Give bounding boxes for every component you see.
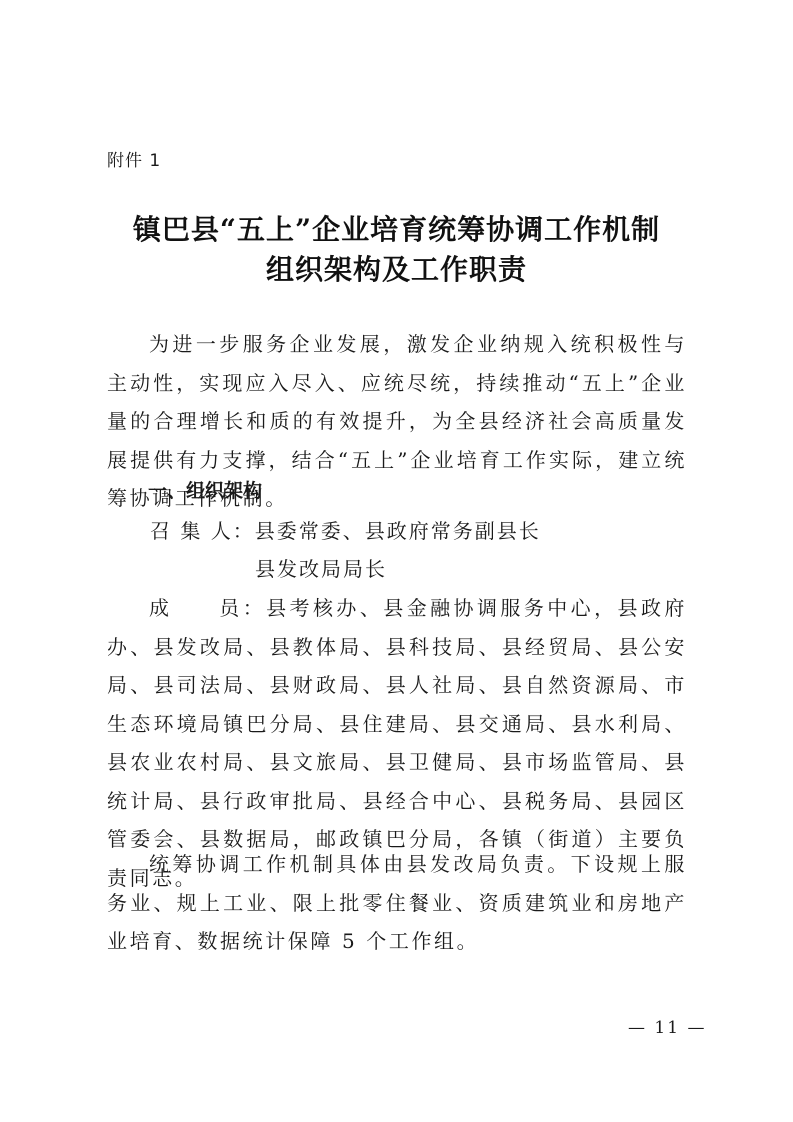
convener-line-1: 召 集 人：县委常委、县政府常务副县长 [150,515,541,544]
convener-line-2: 县发改局局长 [255,553,387,582]
document-title-line-1: 镇巴县“五上”企业培育统筹协调工作机制 [0,208,793,248]
document-title-line-2: 组织架构及工作职责 [0,248,793,288]
mechanism-paragraph: 统筹协调工作机制具体由县发改局负责。下设规上服务业、规上工业、限上批零住餐业、资… [107,845,687,961]
section-heading-organization: 一、组织架构 [148,476,262,503]
document-page: 附件 1 镇巴县“五上”企业培育统筹协调工作机制 组织架构及工作职责 为进一步服… [0,0,793,1122]
attachment-label: 附件 1 [107,146,161,171]
page-number: — 11 — [628,1018,706,1038]
